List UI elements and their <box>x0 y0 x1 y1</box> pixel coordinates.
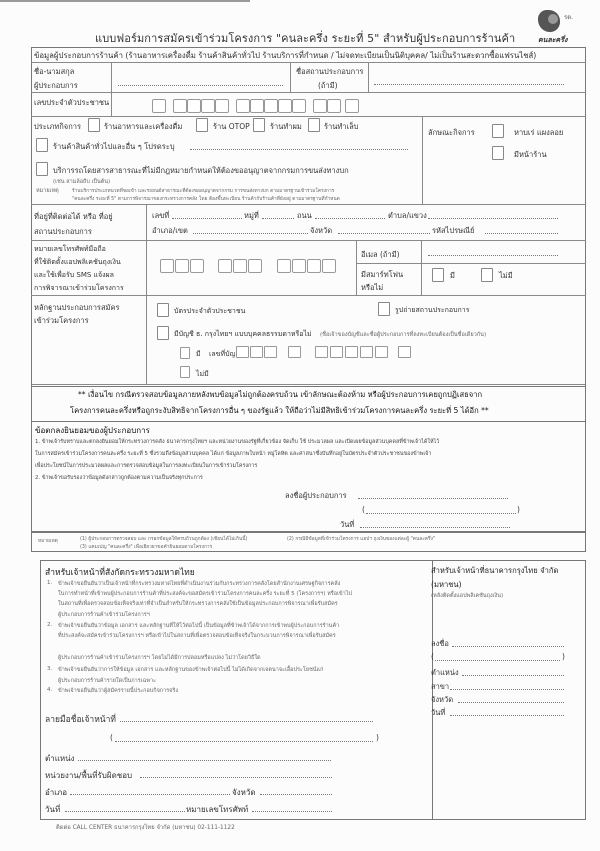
checkbox-no-smartphone[interactable] <box>481 268 493 282</box>
scan-edge <box>0 0 250 2</box>
postcode-field[interactable] <box>485 233 558 234</box>
ktb-officer-position-field[interactable] <box>462 675 564 676</box>
checkbox-id-card-copy[interactable] <box>157 303 169 317</box>
interior-officer-district-field[interactable] <box>70 794 230 795</box>
account-digit-box[interactable] <box>330 346 343 358</box>
id-digit-box[interactable] <box>313 99 327 113</box>
moo-field[interactable] <box>262 218 294 219</box>
house-number-field[interactable] <box>172 218 242 219</box>
checkbox-has-smartphone[interactable] <box>432 268 444 282</box>
phone-digit-box[interactable] <box>190 259 204 273</box>
interior-officer-unit-field[interactable] <box>140 777 332 778</box>
other-business-specify-field[interactable] <box>190 149 408 150</box>
interior-officer-position-field[interactable] <box>78 760 331 761</box>
checkbox-ktb-account[interactable] <box>157 326 169 340</box>
id-digit-box[interactable] <box>201 99 215 113</box>
shop-name-field[interactable] <box>374 84 564 85</box>
account-digit-box[interactable] <box>264 346 277 358</box>
id-digit-box[interactable] <box>236 99 250 113</box>
checkbox-nail-salon[interactable] <box>308 118 320 132</box>
road-field[interactable] <box>315 218 385 219</box>
ktb-officer-branch-field[interactable] <box>450 689 564 690</box>
owner-name-field[interactable] <box>118 85 283 86</box>
interior-officer-name-field[interactable] <box>115 741 373 742</box>
ktb-officer-name-field[interactable] <box>435 660 560 661</box>
ktb-officer-date-field[interactable] <box>450 715 564 716</box>
merchant-date-field[interactable] <box>360 527 510 528</box>
checkbox-public-transport[interactable] <box>36 162 48 176</box>
phone-digit-box[interactable] <box>277 259 291 273</box>
account-digit-box[interactable] <box>250 346 263 358</box>
account-digit-box[interactable] <box>345 346 358 358</box>
district-field[interactable] <box>193 233 308 234</box>
id-digit-box[interactable] <box>278 99 292 113</box>
ktb-officer-province-field[interactable] <box>458 702 564 703</box>
phone-digit-box[interactable] <box>233 259 247 273</box>
form-title: แบบฟอร์มการสมัครเข้าร่วมโครงการ "คนละครึ… <box>95 29 515 47</box>
checkbox-shop-photo[interactable] <box>378 302 390 316</box>
call-center-footer: ติดต่อ CALL CENTER ธนาคารกรุงไทย จำกัด (… <box>56 822 235 832</box>
interior-officer-date-field[interactable] <box>65 811 185 812</box>
province-field[interactable] <box>338 233 430 234</box>
id-digit-box[interactable] <box>250 99 264 113</box>
account-digit-box[interactable] <box>398 346 411 358</box>
checkbox-storefront[interactable] <box>492 146 504 160</box>
khon-la-khrueng-logo: รด. คนละครึ่ง <box>536 8 586 48</box>
email-field[interactable] <box>428 255 558 256</box>
interior-officer-heading: สำหรับเจ้าหน้าที่สังกัดกระทรวงมหาดไทย <box>45 565 195 579</box>
ktb-officer-signature-field[interactable] <box>452 646 564 647</box>
checkbox-general-store[interactable] <box>36 138 48 152</box>
interior-officer-province-field[interactable] <box>260 794 332 795</box>
checkbox-restaurant[interactable] <box>88 118 100 132</box>
phone-digit-box[interactable] <box>160 259 174 273</box>
phone-digit-box[interactable] <box>218 259 232 273</box>
phone-digit-box[interactable] <box>307 259 321 273</box>
consent-heading: ข้อตกลงยินยอมของผู้ประกอบการ <box>35 424 150 437</box>
account-digit-box[interactable] <box>360 346 373 358</box>
id-digit-box[interactable] <box>187 99 201 113</box>
id-digit-box[interactable] <box>173 99 187 113</box>
merchant-info-heading: ข้อมูลผู้ประกอบการร้านค้า (ร้านอาหารเครื… <box>34 50 536 62</box>
account-digit-box[interactable] <box>315 346 328 358</box>
checkbox-otop[interactable] <box>196 118 208 132</box>
account-digit-box[interactable] <box>236 346 249 358</box>
phone-digit-box[interactable] <box>248 259 262 273</box>
id-digit-box[interactable] <box>215 99 229 113</box>
id-digit-box[interactable] <box>152 99 166 113</box>
checkbox-no-account[interactable] <box>180 366 190 378</box>
id-digit-box[interactable] <box>264 99 278 113</box>
checkbox-street-vendor[interactable] <box>492 124 504 138</box>
merchant-signature-field[interactable] <box>358 498 508 499</box>
checkbox-has-account[interactable] <box>180 347 190 359</box>
phone-digit-box[interactable] <box>292 259 306 273</box>
phone-digit-box[interactable] <box>175 259 189 273</box>
application-form-page: แบบฟอร์มการสมัครเข้าร่วมโครงการ "คนละครึ… <box>0 0 600 851</box>
id-digit-box[interactable] <box>345 99 359 113</box>
interior-officer-signature-field[interactable] <box>120 721 373 722</box>
account-digit-box[interactable] <box>375 346 388 358</box>
account-digit-box[interactable] <box>288 346 301 358</box>
subdistrict-field[interactable] <box>428 218 558 219</box>
merchant-printed-name-field[interactable] <box>366 513 516 514</box>
id-digit-box[interactable] <box>327 99 341 113</box>
interior-officer-phone-field[interactable] <box>252 811 332 812</box>
phone-digit-box[interactable] <box>322 259 336 273</box>
checkbox-hair-salon[interactable] <box>253 118 265 132</box>
id-digit-box[interactable] <box>292 99 306 113</box>
